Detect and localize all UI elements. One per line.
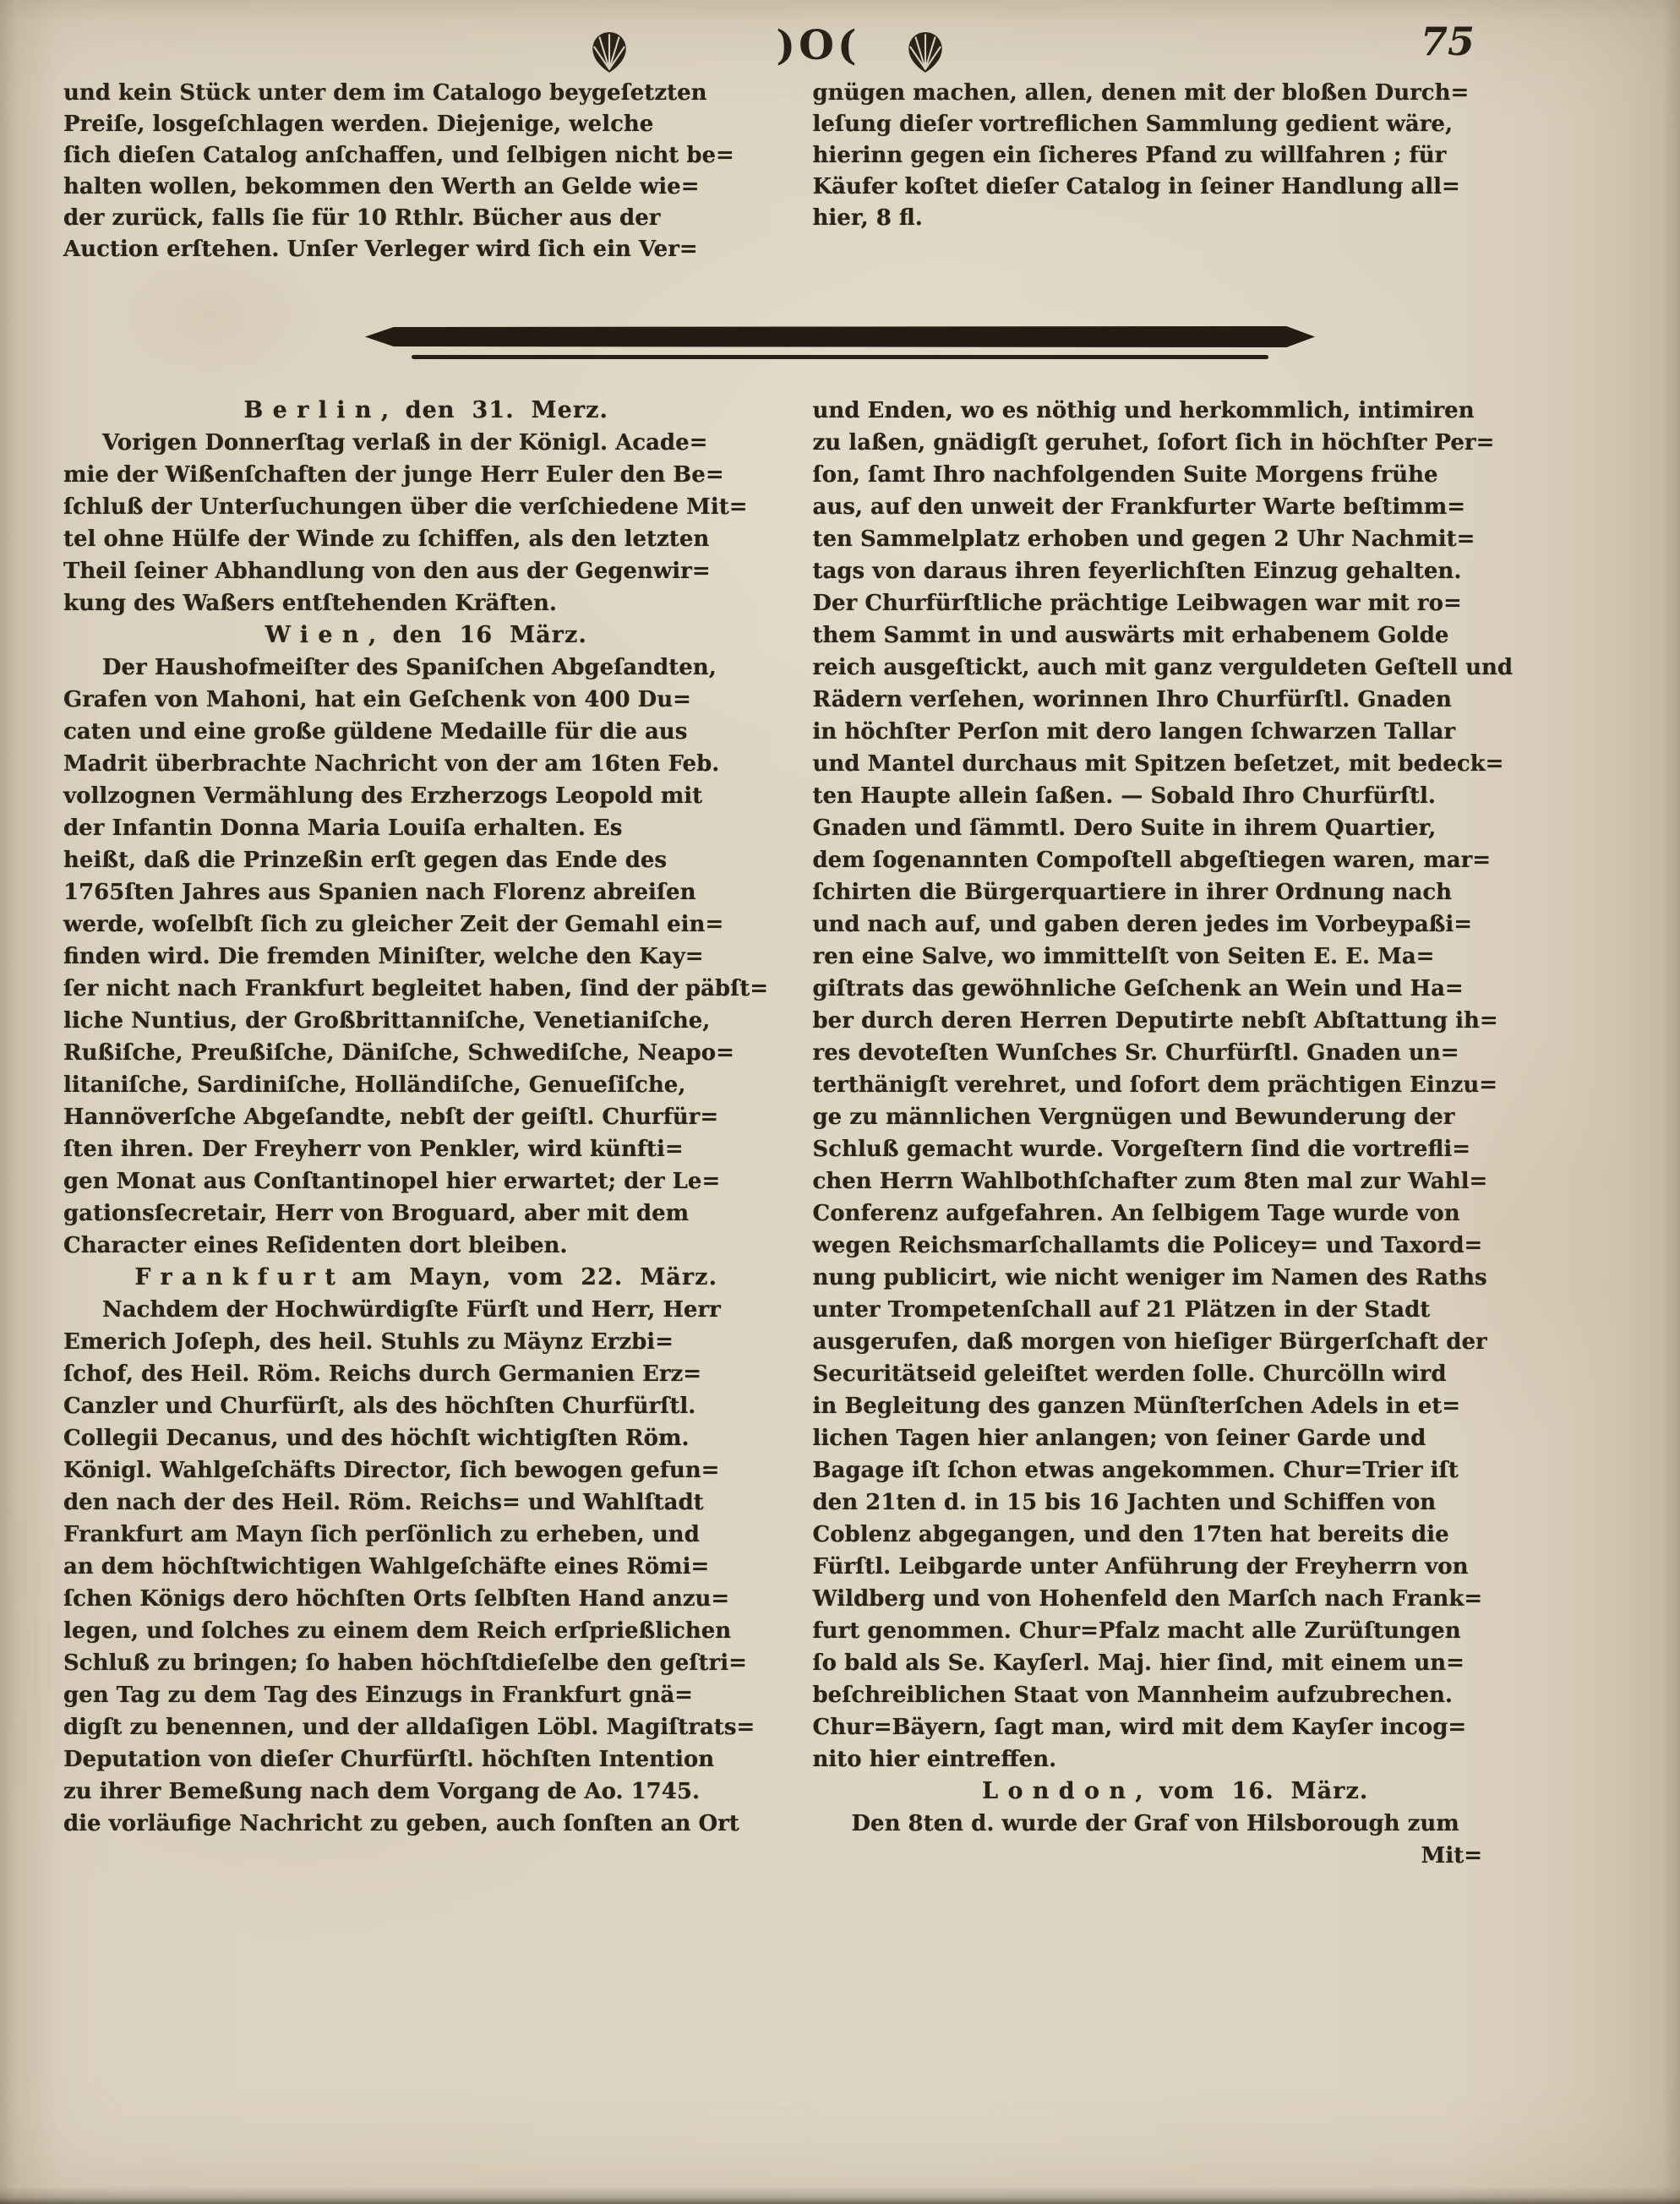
continuation-paragraph: und kein Stück unter dem im Catalogo bey… xyxy=(63,78,789,265)
article-paragraph: Den 8ten d. wurde der Graf von Hilsborou… xyxy=(813,1808,1539,1840)
left-column: Berlin,den 31. Merz. Vorigen Donnerſtag … xyxy=(63,395,789,1872)
top-left-column: und kein Stück unter dem im Catalogo bey… xyxy=(63,78,789,265)
dateline-city: Frankfurt xyxy=(134,1264,345,1290)
dateline-frankfurt: Frankfurtam Mayn, vom 22. März. xyxy=(63,1262,789,1294)
paper-stain xyxy=(101,245,321,389)
shell-ornament-icon xyxy=(590,30,629,74)
divider-thick-rule xyxy=(365,326,1315,347)
continuation-paragraph: gnügen machen, allen, denen mit der bloß… xyxy=(813,78,1539,234)
dateline-date: den 31. Merz. xyxy=(406,397,608,423)
article-paragraph: Nachdem der Hochwürdigſte Fürſt und Herr… xyxy=(63,1294,789,1840)
dateline-city: London, xyxy=(982,1778,1153,1804)
section-divider xyxy=(0,326,1680,359)
article-paragraph: Der Haushofmeiſter des Spaniſchen Abgeſa… xyxy=(63,652,789,1262)
article-paragraph: Vorigen Donnerſtag verlaß in der Königl.… xyxy=(63,427,789,619)
dateline-city: Berlin, xyxy=(243,397,398,423)
catchword: Mit= xyxy=(813,1840,1539,1872)
dateline-city: Wien, xyxy=(265,622,386,648)
printers-mark: )O( xyxy=(767,22,869,69)
dateline-london: London,vom 16. März. xyxy=(813,1776,1539,1808)
divider-thin-rule xyxy=(412,355,1268,359)
dateline-date: vom 16. März. xyxy=(1159,1778,1368,1804)
news-body: Berlin,den 31. Merz. Vorigen Donnerſtag … xyxy=(0,395,1680,1872)
right-column: und Enden, wo es nöthig und herkommlich,… xyxy=(813,395,1539,1872)
dateline-wien: Wien,den 16 März. xyxy=(63,619,789,652)
top-right-column: gnügen machen, allen, denen mit der bloß… xyxy=(813,78,1539,265)
article-continuation-paragraph: und Enden, wo es nöthig und herkommlich,… xyxy=(813,395,1539,1776)
top-section: und kein Stück unter dem im Catalogo bey… xyxy=(0,78,1680,265)
dateline-berlin: Berlin,den 31. Merz. xyxy=(63,395,789,427)
dateline-date: am Mayn, vom 22. März. xyxy=(352,1264,717,1290)
page-number: 75 xyxy=(1410,19,1486,64)
newspaper-page: )O( 75 und kein Stück unter dem im Catal… xyxy=(0,0,1680,2204)
dateline-date: den 16 März. xyxy=(393,622,587,648)
shell-ornament-icon xyxy=(906,30,945,74)
